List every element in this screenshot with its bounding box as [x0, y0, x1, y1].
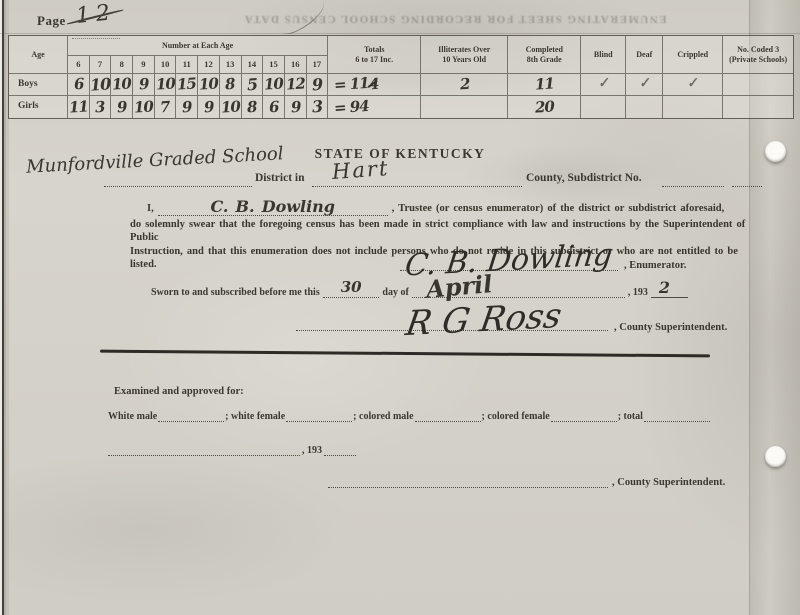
- colored-male-field: [415, 410, 481, 422]
- total-label: ; total: [617, 411, 644, 422]
- girls-age-15-value: 6: [263, 96, 285, 118]
- boys-age-13-value: 8: [220, 74, 242, 96]
- enumerator-signature-line: C. B. Dowling: [400, 230, 618, 271]
- total-field: [644, 410, 710, 422]
- bleed-through-header: ENUMERATING SHEET FOR RECORDING SCHOOL C…: [145, 13, 765, 25]
- enumerator-name-handwritten: C. B. Dowling: [210, 197, 335, 216]
- boys-age-17-value: 9: [307, 74, 329, 96]
- year-printed-label: , 193: [625, 287, 651, 298]
- boys-age-6-value: 6: [68, 74, 90, 96]
- punch-hole-bottom: [765, 446, 786, 467]
- girls-age-8-value: 9: [111, 96, 133, 118]
- approval-date-line: , 193: [108, 444, 356, 456]
- boys-completed-value: 11: [508, 74, 581, 96]
- age-column-header: Age: [9, 36, 68, 74]
- bottom-superintendent-label: , County Superintendent.: [608, 477, 725, 488]
- girls-completed-value: 20: [508, 96, 581, 118]
- year-digit-field: 2: [651, 284, 688, 298]
- page-label: Page: [37, 13, 66, 29]
- girls-illiterates-value: [421, 96, 508, 118]
- boys-age-7-value: 10: [90, 74, 112, 96]
- girls-age-6-value: 11: [68, 96, 90, 118]
- girls-age-10-value: 7: [155, 96, 177, 118]
- girls-deaf-value: [626, 96, 663, 118]
- girls-age-11-value: 9: [176, 96, 198, 118]
- oath-i-label: I,: [147, 202, 154, 216]
- enumerator-name-field: C. B. Dowling: [158, 198, 388, 216]
- girls-coded-value: [723, 96, 793, 118]
- subdistrict-number-line-2: [732, 175, 762, 187]
- totals-header: Totals 6 to 17 Inc.: [328, 36, 421, 74]
- age-6-header: 6: [68, 56, 90, 74]
- superintendent-signature-line: R G Ross: [296, 296, 608, 331]
- punch-hole-top: [765, 141, 786, 162]
- blind-header: Blind: [581, 36, 626, 74]
- census-sheet-page: ENUMERATING SHEET FOR RECORDING SCHOOL C…: [0, 0, 800, 615]
- girls-total-value: = 94: [328, 96, 421, 118]
- boys-age-8-value: 10: [111, 74, 133, 96]
- bottom-superintendent-line: , County Superintendent.: [328, 476, 725, 488]
- oath-line1-text: , Trustee (or census enumerator) of the …: [392, 202, 725, 216]
- examined-approved-heading: Examined and approved for:: [114, 386, 244, 397]
- paper-crease: [0, 33, 800, 34]
- age-11-header: 11: [176, 56, 198, 74]
- white-female-field: [286, 410, 352, 422]
- bottom-superintendent-field: [328, 476, 608, 488]
- girls-age-17-value: 3: [307, 96, 329, 118]
- crippled-header: Crippled: [663, 36, 723, 74]
- boys-crippled-checkmark: ✓: [663, 74, 723, 96]
- girls-age-13-value: 10: [220, 96, 242, 118]
- boys-deaf-checkmark: ✓: [626, 74, 663, 96]
- year-digit-handwritten: 2: [659, 278, 670, 297]
- age-17-header: 17: [307, 56, 329, 74]
- section-divider-rule: [100, 350, 710, 357]
- superintendent-label: , County Superintendent.: [614, 322, 727, 333]
- boys-total-value: = 114: [328, 74, 421, 96]
- white-male-field: [158, 410, 224, 422]
- school-name-line: [104, 175, 252, 187]
- age-7-header: 7: [90, 56, 112, 74]
- girls-age-12-value: 9: [198, 96, 220, 118]
- day-handwritten: 30: [341, 278, 362, 296]
- girls-blind-value: [581, 96, 626, 118]
- completed-8th-grade-header: Completed 8th Grade: [508, 36, 581, 74]
- boys-age-15-value: 10: [263, 74, 285, 96]
- approval-year-label: , 193: [300, 445, 324, 456]
- age-8-header: 8: [111, 56, 133, 74]
- age-10-header: 10: [155, 56, 177, 74]
- girls-age-16-value: 9: [285, 96, 307, 118]
- age-13-header: 13: [220, 56, 242, 74]
- boys-age-10-value: 10: [155, 74, 177, 96]
- colored-male-label: ; colored male: [352, 411, 414, 422]
- girls-row-label: Girls: [9, 96, 68, 118]
- age-15-header: 15: [263, 56, 285, 74]
- boys-blind-checkmark: ✓: [581, 74, 626, 96]
- boys-row-label: Boys: [9, 74, 68, 96]
- deaf-header: Deaf: [626, 36, 663, 74]
- district-in-label: District in: [255, 172, 305, 184]
- age-16-header: 16: [285, 56, 307, 74]
- number-at-each-age-header: Number at Each Age: [68, 36, 328, 56]
- colored-female-label: ; colored female: [481, 411, 551, 422]
- subdistrict-number-line: [662, 175, 724, 187]
- county-name-line: [312, 175, 522, 187]
- boys-age-9-value: 9: [133, 74, 155, 96]
- approval-date-field: [108, 444, 300, 456]
- school-name-handwritten: Munfordville Graded School: [26, 143, 284, 177]
- no-coded-3-header: No. Coded 3 (Private Schools): [723, 36, 793, 74]
- girls-age-14-value: 8: [242, 96, 264, 118]
- boys-age-14-value: 5: [242, 74, 264, 96]
- age-9-header: 9: [133, 56, 155, 74]
- enumerator-label: , Enumerator.: [624, 260, 686, 271]
- age-12-header: 12: [198, 56, 220, 74]
- boys-age-12-value: 10: [198, 74, 220, 96]
- superintendent-signature: R G Ross: [403, 296, 565, 345]
- boys-coded-value: [723, 74, 793, 96]
- girls-crippled-value: [663, 96, 723, 118]
- county-subdistrict-label: County, Subdistrict No.: [526, 172, 642, 184]
- census-summary-table: Age Number at Each Age Totals 6 to 17 In…: [8, 35, 794, 119]
- boys-illiterates-value: 2: [421, 74, 508, 96]
- girls-age-9-value: 10: [133, 96, 155, 118]
- age-14-header: 14: [242, 56, 264, 74]
- boys-age-16-value: 12: [285, 74, 307, 96]
- boys-age-11-value: 15: [176, 74, 198, 96]
- white-male-label: White male: [107, 411, 158, 422]
- approval-fields-line: White male ; white female ; colored male…: [107, 410, 710, 422]
- white-female-label: ; white female: [224, 411, 286, 422]
- girls-age-7-value: 3: [90, 96, 112, 118]
- colored-female-field: [551, 410, 617, 422]
- state-heading: STATE OF KENTUCKY: [250, 146, 550, 162]
- approval-year-field: [324, 444, 356, 456]
- illiterates-header: Illiterates Over 10 Years Old: [421, 36, 508, 74]
